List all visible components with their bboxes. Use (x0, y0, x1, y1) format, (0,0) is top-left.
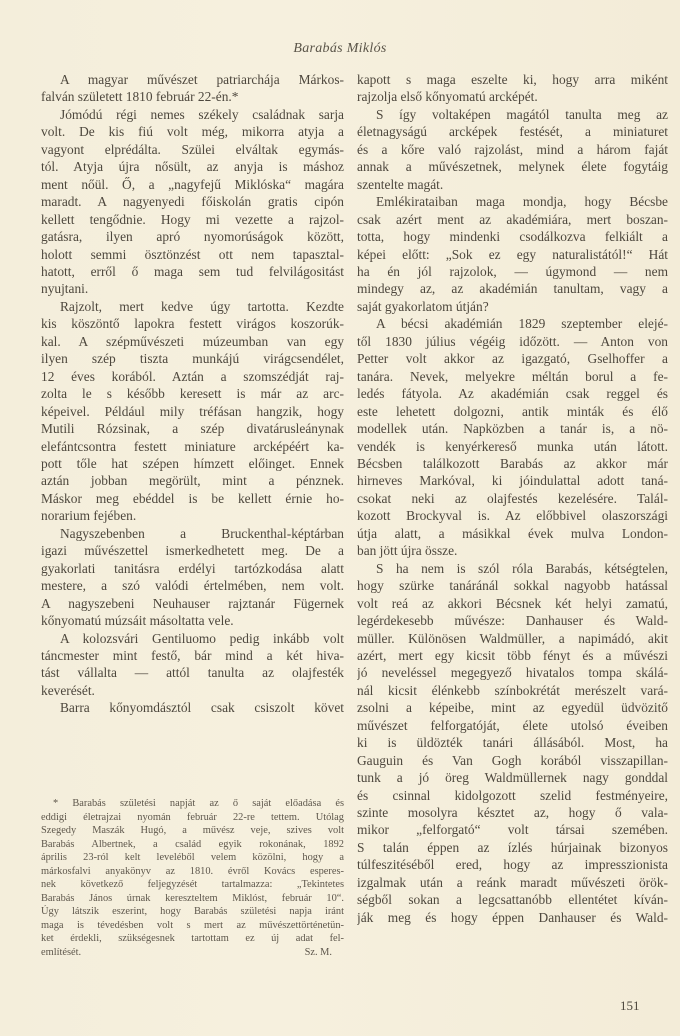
text-line: ki is üldözték tanári állásából. Most, h… (357, 734, 668, 751)
text-line: totta, hogy mindenki csodálkozva felkiál… (357, 228, 668, 245)
text-line: mikor „felforgató“ volt társai szemében. (357, 821, 668, 838)
text-line: márkosfalvi anyakönyv az 1810. évről Kov… (41, 865, 344, 879)
text-line: útja alatt, a másikkal évek mulva London… (357, 525, 668, 542)
text-line: említését. (41, 947, 81, 958)
text-line: A nagyszebeni Neuhauser rajztanár Fügern… (41, 595, 344, 612)
text-line: A kolozsvári Gentiluomo pedig inkább vol… (41, 630, 344, 647)
text-line: pott tőle hat szépen hímzett előinget. E… (41, 455, 344, 472)
text-line: kozott Brockyval is. Az előbbivel olaszo… (357, 507, 668, 524)
text-line: igazi művészettel ismerkedhetett meg. De… (41, 542, 344, 559)
page-number: 151 (620, 998, 640, 1014)
text-line: zolta le s később keresett is már az arc… (41, 385, 344, 402)
text-line: hirneves Markóval, ki jóindulattal adott… (357, 472, 668, 489)
text-line: művészet felforgatóját, élete utolsó éve… (357, 717, 668, 734)
text-line: A magyar művészet patriarchája Márkos- (41, 71, 344, 88)
text-line: Úgy látszik eszerint, hogy Barabás szüle… (41, 905, 344, 919)
text-line: táncmester mint festő, bár mind a két hi… (41, 647, 344, 664)
text-line: ment nőül. Ő, a „nagyfejű Miklóska“ magá… (41, 176, 344, 193)
text-line: ledés fátyola. Az akadémián csak reggel … (357, 385, 668, 402)
text-line: hatott, erről ő maga sem tud felvilágosi… (41, 263, 344, 280)
text-line: ban jött újra össze. (357, 542, 668, 559)
right-column: kapott s maga eszelte ki, hogy arra miké… (357, 71, 668, 926)
text-line: nál kicsit élénkebb színbokrétát merésze… (357, 682, 668, 699)
text-line: nyujtani. (41, 280, 344, 297)
text-line: falván született 1810 február 22-én.* (41, 88, 344, 105)
text-line: este lehetett dolgozni, antik minták és … (357, 403, 668, 420)
text-line: Bécsben találkozott Barabás az akkor már (357, 455, 668, 472)
text-line: életnagyságú arcképek festését, a miniat… (357, 123, 668, 140)
text-line: maradt. A nagyenyedi főiskolán gratis ci… (41, 193, 344, 210)
text-line: vagyont elprédálta. Szülei elváltak egym… (41, 141, 344, 158)
text-line: * Barabás születési napját az ő saját el… (41, 797, 344, 811)
text-line: szentelte magát. (357, 176, 668, 193)
text-line: és a kőre való rajzolást, mind a három f… (357, 141, 668, 158)
text-line: tanára. Nevek, melyekre méltán borul a f… (357, 368, 668, 385)
text-line: képei előtt: „Sok ez egy naturalistától!… (357, 246, 668, 263)
text-line: S talán éppen az ízlés húrjainak bizonyo… (357, 839, 668, 856)
footnote: * Barabás születési napját az ő saját el… (41, 797, 344, 959)
text-line: Emlékirataiban maga mondja, hogy Bécsbe (357, 193, 668, 210)
text-line: ha én jól rajzolok, — úgymond — nem (357, 263, 668, 280)
footnote-last-line: említését.Sz. M. (41, 946, 344, 960)
text-line: képeivel. Például mily tréfásan hangzik,… (41, 403, 344, 420)
text-line: izgalmak után a reánk maradt művészeti ö… (357, 874, 668, 891)
footnote-signature: Sz. M. (305, 946, 332, 960)
text-line: Rajzolt, mert kedve úgy tartotta. Kezdte (41, 298, 344, 315)
text-line: csokat neki az olajfestés kezelésére. Ta… (357, 490, 668, 507)
text-line: és csinnal kidolgozott szelid festményei… (357, 787, 668, 804)
text-line: Petter volt akkor az igazgató, Gselhoffe… (357, 350, 668, 367)
text-line: hogy szürke tanáránál sokkal nagyobb hat… (357, 577, 668, 594)
text-line: Szegedy Maszák Hugó, a művész veje, sziv… (41, 824, 344, 838)
text-line: ilyen szép tiszta munkájú virágcsendélet… (41, 350, 344, 367)
text-line: müller. Különösen Waldmüller, a napimádó… (357, 630, 668, 647)
text-line: S ha nem is szól róla Barabás, kétségtel… (357, 560, 668, 577)
text-line: modellek után. Napközben a tanár is, a n… (357, 420, 668, 437)
text-line: kapott s maga eszelte ki, hogy arra miké… (357, 71, 668, 88)
text-line: Máskor meg ebéddel is be kellett érnie h… (41, 490, 344, 507)
text-line: tást vállalta — attól tanulta az olajfes… (41, 664, 344, 681)
text-line: Jómódú régi nemes székely családnak sarj… (41, 106, 344, 123)
text-line: annak a művészetnek, melynek élete fogyt… (357, 158, 668, 175)
text-line: Nagyszebenben a Bruckenthal-képtárban (41, 525, 344, 542)
text-line: elefántcsontra festett miniature arcképé… (41, 438, 344, 455)
text-line: holott semmi ösztönzést ott nem tapaszta… (41, 246, 344, 263)
text-line: április 23-ról kelt leveléből velem közö… (41, 851, 344, 865)
text-line: Gauguin és Van Gogh korából visszapillan… (357, 752, 668, 769)
text-line: vendék is kenyérkereső munka után látott… (357, 438, 668, 455)
text-line: Barra kőnyomdásztól csak csiszolt követ (41, 699, 344, 716)
text-line: túlfeszitéséből ered, hogy az impresszio… (357, 856, 668, 873)
text-line: kis köszöntő lapokra festett virágos kos… (41, 315, 344, 332)
text-line: mestere, a szó valódi értelmében, nem vo… (41, 577, 344, 594)
text-line: Barabás Albertnek, a család egyik rokoná… (41, 838, 344, 852)
text-line: gatásra, ilyen apró nyomorúságok között, (41, 228, 344, 245)
text-line: rajzolja első kőnyomatú arcképét. (357, 88, 668, 105)
text-line: azért, mert egy kicsit több fényt és a m… (357, 647, 668, 664)
text-line: maga is tévedésben volt s mert az művész… (41, 919, 344, 933)
text-line: től 1830 július végéig időzött. — Anton … (357, 333, 668, 350)
text-line: S így voltaképen magától tanulta meg az (357, 106, 668, 123)
running-head: Barabás Miklós (0, 41, 680, 57)
text-line: norarium fejében. (41, 507, 344, 524)
text-line: A bécsi akadémián 1829 szeptember elejé- (357, 315, 668, 332)
text-line: tól. Atyja újra nősült, az anyja is másh… (41, 158, 344, 175)
text-line: mindegy az, az akadémián tanultam, vagy … (357, 280, 668, 297)
text-line: gyakorlati tanitásra erdélyi tartózkodás… (41, 560, 344, 577)
book-page: Barabás Miklós A magyar művészet patriar… (0, 0, 680, 1036)
text-line: kellett tengődnie. Hogy mi vezette a raj… (41, 211, 344, 228)
text-line: 12 éves korából. Aztán a szomszédját raj… (41, 368, 344, 385)
text-line: ják meg és hogy éppen Danhauser és Wald- (357, 909, 668, 926)
text-line: jó neveléssel megegyező hivatalos tompa … (357, 664, 668, 681)
text-line: volt reá az akkori Bécsnek két helyi zam… (357, 595, 668, 612)
text-line: saját gyakorlatom útján? (357, 298, 668, 315)
left-column: A magyar művészet patriarchája Márkos-fa… (41, 71, 344, 717)
text-line: szinte mosolyra késztet az, hogy ő vala- (357, 804, 668, 821)
text-line: kőnyomatú múzsáit másoltatta vele. (41, 612, 344, 629)
text-line: tunk a jó öreg Waldmüllernek nagy gondda… (357, 769, 668, 786)
text-line: keverését. (41, 682, 344, 699)
text-line: legérdekesebb művésze: Danhauser és Wald… (357, 612, 668, 629)
text-line: aztán jobban megörült, mint a pénznek. (41, 472, 344, 489)
text-line: ségből sokan a legcsattanóbb ellentétet … (357, 891, 668, 908)
text-line: volt. De kis fiú volt még, mikorra atyja… (41, 123, 344, 140)
text-line: csak azért ment az akadémiára, mert bosz… (357, 211, 668, 228)
text-line: Mutili Rózsinak, a szép divatárusleányna… (41, 420, 344, 437)
text-line: ket érdekli, szükségesnek tartottam ez ú… (41, 932, 344, 946)
text-line: nek következő feljegyzését tartalmazza: … (41, 878, 344, 892)
text-line: eddigi életrajzai nyomán február 22-re t… (41, 811, 344, 825)
text-line: zsolni a képeibe, mint az egyedül üdvözi… (357, 699, 668, 716)
text-line: Barabás János úrnak kereszteltem Miklóst… (41, 892, 344, 906)
text-line: kal. A szépművészeti múzeumban van egy (41, 333, 344, 350)
